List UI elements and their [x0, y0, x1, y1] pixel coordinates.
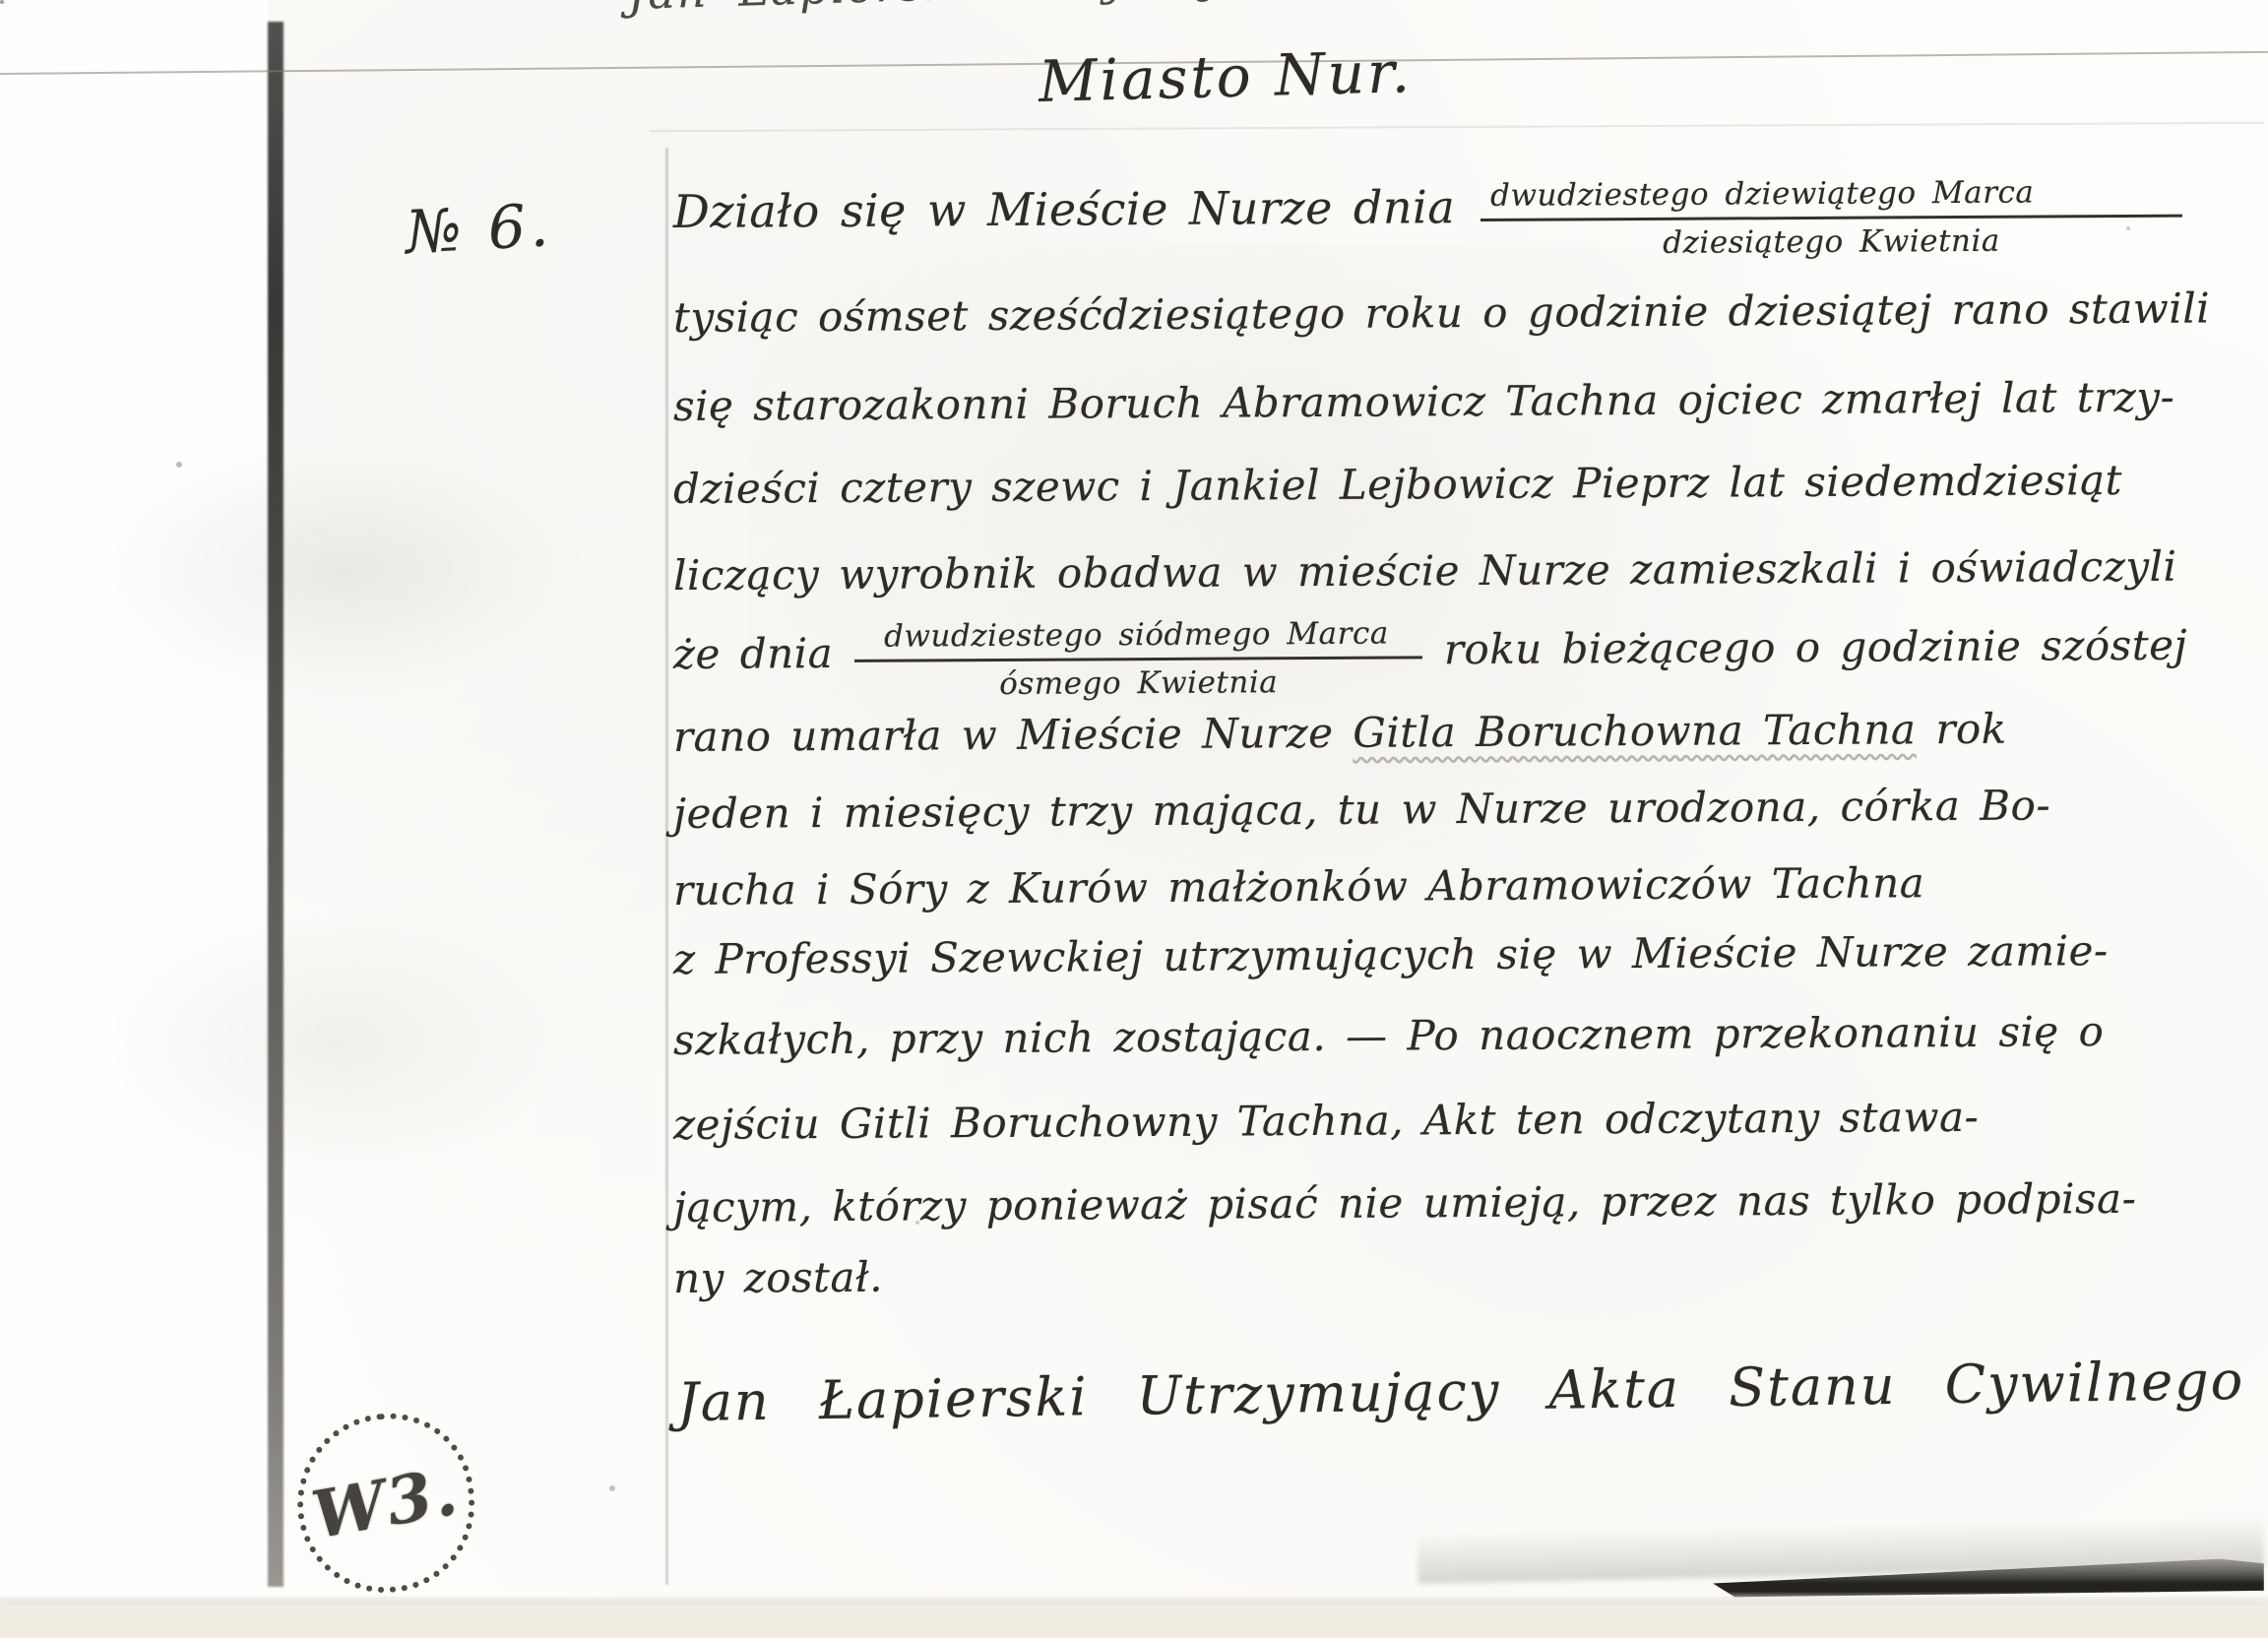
registration-date-dual: dwudziestego dziewiątego Marca dziesiąte… — [1480, 172, 2182, 264]
record-line: tysiąc ośmset sześćdziesiątego roku o go… — [673, 283, 2260, 342]
death-date-post-text: roku bieżącego o godzinie szóstej — [1444, 613, 2188, 674]
registration-date-gregorian: dziesiątego Kwietnia — [1663, 219, 2000, 263]
registration-date-julian: dwudziestego dziewiątego Marca — [1480, 172, 2182, 221]
record-line: szkałych, przy nich zostająca. — Po naoc… — [673, 1006, 2260, 1064]
record-line: dzieści cztery szewc i Jankiel Lejbowicz… — [673, 455, 2260, 513]
death-date-pre-text: że dnia — [673, 621, 834, 678]
record-line: jeden i miesięcy trzy mająca, tu w Nurze… — [673, 780, 2260, 838]
death-date-julian: dwudziestego siódmego Marca — [854, 613, 1422, 662]
stamp-monogram: W3. — [307, 1453, 465, 1554]
record-line: liczący wyrobnik obadwa w mieście Nurze … — [673, 541, 2260, 599]
record-line: rucha i Sóry z Kurów małżonków Abramowic… — [673, 856, 2260, 914]
record-line-death-date: że dnia dwudziestego siódmego Marca ósme… — [673, 612, 2260, 706]
deceased-name: Gitla Boruchowna Tachna — [1353, 705, 1916, 756]
record-line: ny został. — [673, 1244, 2260, 1302]
death-date-dual: dwudziestego siódmego Marca ósmego Kwiet… — [854, 613, 1422, 705]
record-line: z Professyi Szewckiej utrzymujących się … — [673, 925, 2260, 983]
record-line-deceased: rano umarła w Mieście Nurze Gitla Boruch… — [673, 703, 2260, 761]
deceased-post-text: rok — [1935, 705, 2007, 753]
opening-text: Działo się w Mieście Nurze dnia — [673, 180, 1456, 238]
record-line: się starozakonni Boruch Abramowicz Tachn… — [673, 372, 2260, 430]
deceased-pre-text: rano umarła w Mieście Nurze — [673, 709, 1334, 761]
record-line-opening: Działo się w Mieście Nurze dnia dwudzies… — [673, 175, 2260, 269]
death-date-gregorian: ósmego Kwietnia — [999, 660, 1278, 704]
record-line: zejściu Gitli Boruchowny Tachna, Akt ten… — [673, 1091, 2260, 1149]
scan-bottom-strip — [0, 1605, 2268, 1638]
record-line: jącym, którzy ponieważ pisać nie umieją,… — [673, 1173, 2260, 1231]
scanned-page: Jan Łapierski utrzymujący Akta Stanu Cyw… — [0, 0, 2268, 1638]
